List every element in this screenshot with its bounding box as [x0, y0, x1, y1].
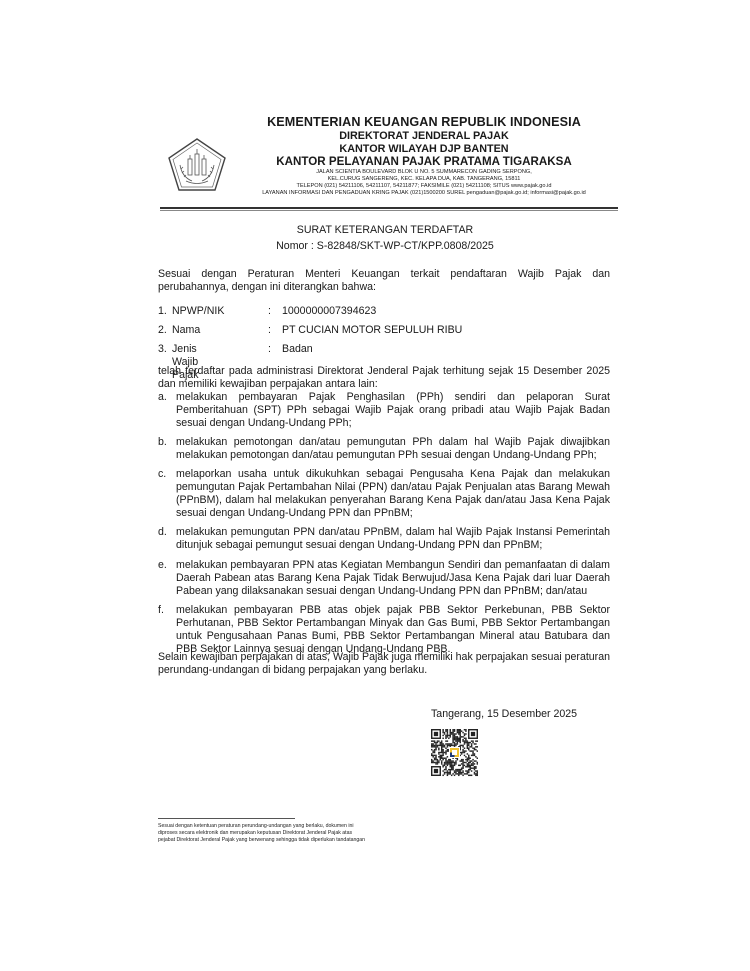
letterhead-divider — [160, 207, 618, 209]
contact-line: TELEPON (021) 54211106, 54211107, 542118… — [230, 183, 618, 190]
document-title: SURAT KETERANGAN TERDAFTAR — [150, 224, 620, 237]
letterhead: KEMENTERIAN KEUANGAN REPUBLIK INDONESIA … — [230, 115, 618, 197]
footnote-divider — [158, 818, 295, 819]
service-line: LAYANAN INFORMASI DAN PENGADUAN KRING PA… — [230, 190, 618, 197]
name-value: PT CUCIAN MOTOR SEPULUH RIBU — [282, 324, 462, 337]
registered-paragraph: telah terdaftar pada administrasi Direkt… — [158, 365, 610, 391]
npwp-label: NPWP/NIK — [172, 305, 224, 318]
intro-paragraph: Sesuai dengan Peraturan Menteri Keuangan… — [158, 268, 610, 294]
npwp-value: 1000000007394623 — [282, 305, 376, 318]
footnote: Sesuai dengan ketentuan peraturan perund… — [158, 823, 408, 844]
place-date: Tangerang, 15 Desember 2025 — [431, 708, 577, 721]
ministry-emblem-icon — [166, 137, 228, 193]
regional-office-name: KANTOR WILAYAH DJP BANTEN — [230, 143, 618, 156]
closing-paragraph: Selain kewajiban perpajakan di atas, Waj… — [158, 651, 610, 677]
address-line-1: JALAN SCIENTIA BOULEVARD BLOK U NO. 5 SU… — [230, 169, 618, 176]
directorate-name: DIREKTORAT JENDERAL PAJAK — [230, 130, 618, 143]
document-number: Nomor : S-82848/SKT-WP-CT/KPP.0808/2025 — [150, 240, 620, 253]
qr-code-icon — [431, 729, 478, 777]
address-line-2: KEL.CURUG SANGERENG, KEC. KELAPA DUA, KA… — [230, 176, 618, 183]
letterhead-divider-thin — [160, 210, 618, 211]
name-label: Nama — [172, 324, 200, 337]
ministry-name: KEMENTERIAN KEUANGAN REPUBLIK INDONESIA — [230, 115, 618, 130]
tax-office-name: KANTOR PELAYANAN PAJAK PRATAMA TIGARAKSA — [230, 155, 618, 169]
taxpayer-type-value: Badan — [282, 343, 313, 356]
